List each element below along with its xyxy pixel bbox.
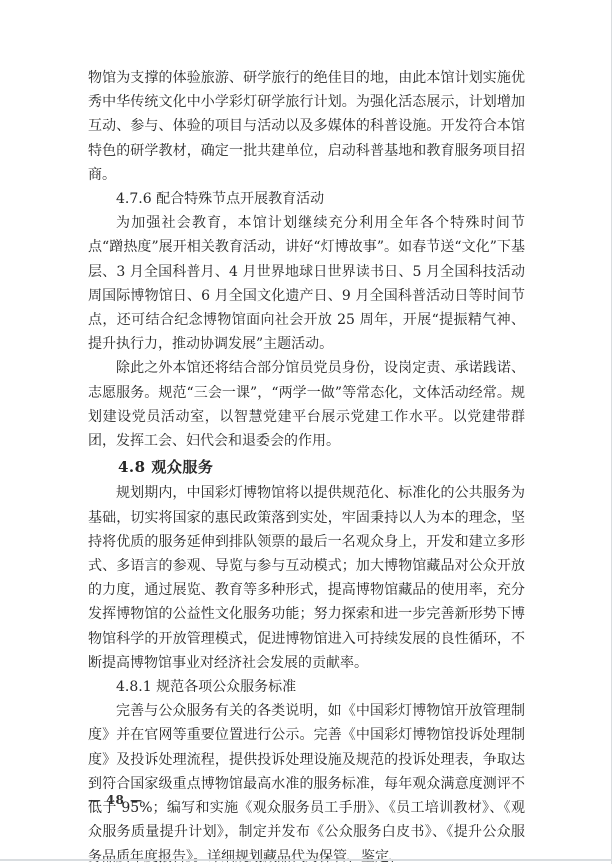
page-text-body: 物馆为支撑的体验旅游、研学旅行的绝佳目的地，由此本馆计划实施优秀中华传统文化中小… bbox=[88, 66, 525, 864]
section-heading-4-8-1: 4.8.1 规范各项公众服务标准 bbox=[88, 675, 525, 699]
page-bottom-edge bbox=[0, 859, 612, 861]
paragraph-special-dates-education: 为加强社会教育，本馆计划继续充分利用全年各个特殊时间节点“蹭热度”展开相关教育活… bbox=[88, 211, 525, 356]
document-page: 物馆为支撑的体验旅游、研学旅行的绝佳目的地，由此本馆计划实施优秀中华传统文化中小… bbox=[0, 0, 612, 864]
paragraph-public-service-standards: 完善与公众服务有关的各类说明，如《中国彩灯博物馆开放管理制度》并在官网等重要位置… bbox=[88, 699, 525, 864]
section-heading-4-8: 4.8 观众服务 bbox=[88, 455, 525, 479]
paragraph-party-member-activities: 除此之外本馆还将结合部分馆员党员身份，设岗定责、承诺践诺、志愿服务。规范“三会一… bbox=[88, 356, 525, 453]
page-number: — 48 — bbox=[88, 793, 143, 807]
paragraph-research-travel-continuation: 物馆为支撑的体验旅游、研学旅行的绝佳目的地，由此本馆计划实施优秀中华传统文化中小… bbox=[88, 66, 525, 187]
section-heading-4-7-6: 4.7.6 配合特殊节点开展教育活动 bbox=[88, 187, 525, 211]
paragraph-audience-service-overview: 规划期内，中国彩灯博物馆将以提供规范化、标准化的公共服务为基础，切实将国家的惠民… bbox=[88, 481, 525, 675]
